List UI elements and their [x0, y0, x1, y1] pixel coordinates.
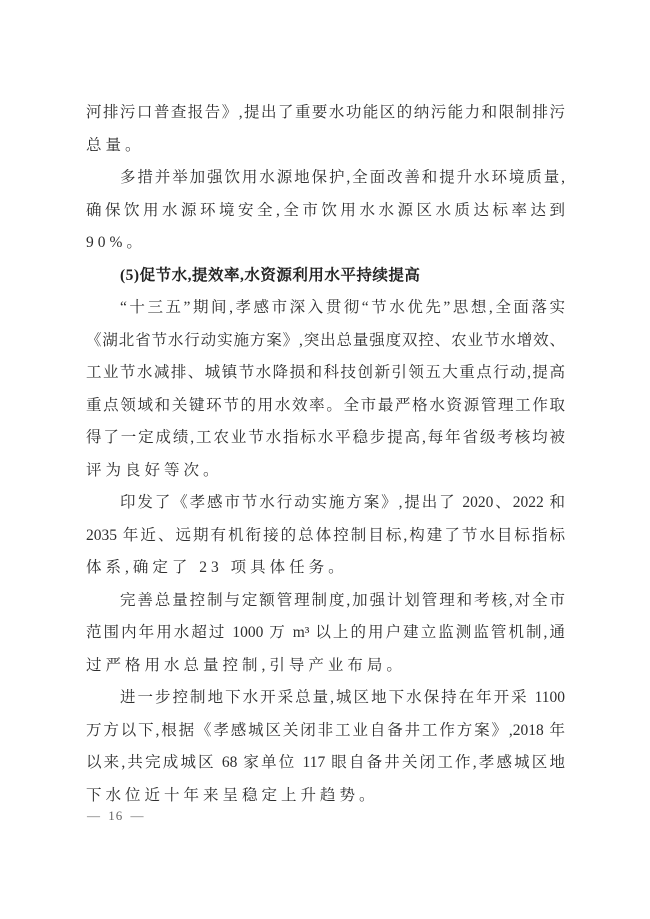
text-line: 进一步控制地下水开采总量,城区地下水保持在年开采 1100: [86, 682, 565, 715]
text-line: 总量。: [86, 130, 565, 163]
text-line: 重点领域和关键环节的用水效率。全市最严格水资源管理工作取: [86, 390, 565, 423]
text-line: 得了一定成绩,工农业节水指标水平稳步提高,每年省级考核均被: [86, 422, 565, 455]
text-line: 工业节水减排、城镇节水降损和科技创新引领五大重点行动,提高: [86, 357, 565, 390]
page-number: — 16 —: [87, 807, 145, 825]
text-line: 《湖北省节水行动实施方案》,突出总量强度双控、农业节水增效、: [86, 325, 565, 358]
text-line: 印发了《孝感市节水行动实施方案》,提出了 2020、2022 和: [86, 487, 565, 520]
text-line: 过严格用水总量控制,引导产业布局。: [86, 650, 565, 683]
text-line: 下水位近十年来呈稳定上升趋势。: [86, 780, 565, 813]
text-line: 万方以下,根据《孝感城区关闭非工业自备井工作方案》,2018 年: [86, 715, 565, 748]
text-block: 河排污口普查报告》,提出了重要水功能区的纳污能力和限制排污 总量。 多措并举加强…: [86, 97, 565, 812]
text-line: 2035 年近、远期有机衔接的总体控制目标,构建了节水目标指标: [86, 520, 565, 553]
text-line: 评为良好等次。: [86, 455, 565, 488]
text-line: 完善总量控制与定额管理制度,加强计划管理和考核,对全市: [86, 585, 565, 618]
text-line: 河排污口普查报告》,提出了重要水功能区的纳污能力和限制排污: [86, 97, 565, 130]
document-page: 河排污口普查报告》,提出了重要水功能区的纳污能力和限制排污 总量。 多措并举加强…: [0, 0, 650, 919]
text-line: 确保饮用水源环境安全,全市饮用水水源区水质达标率达到: [86, 195, 565, 228]
text-line: 范围内年用水超过 1000 万 m³ 以上的用户建立监测监管机制,通: [86, 617, 565, 650]
section-heading: (5)促节水,提效率,水资源利用水平持续提高: [86, 260, 565, 293]
text-line: “十三五”期间,孝感市深入贯彻“节水优先”思想,全面落实: [86, 292, 565, 325]
text-line: 体系,确定了 23 项具体任务。: [86, 552, 565, 585]
text-line: 90%。: [86, 227, 565, 260]
text-line: 多措并举加强饮用水源地保护,全面改善和提升水环境质量,: [86, 162, 565, 195]
text-line: 以来,共完成城区 68 家单位 117 眼自备井关闭工作,孝感城区地: [86, 747, 565, 780]
